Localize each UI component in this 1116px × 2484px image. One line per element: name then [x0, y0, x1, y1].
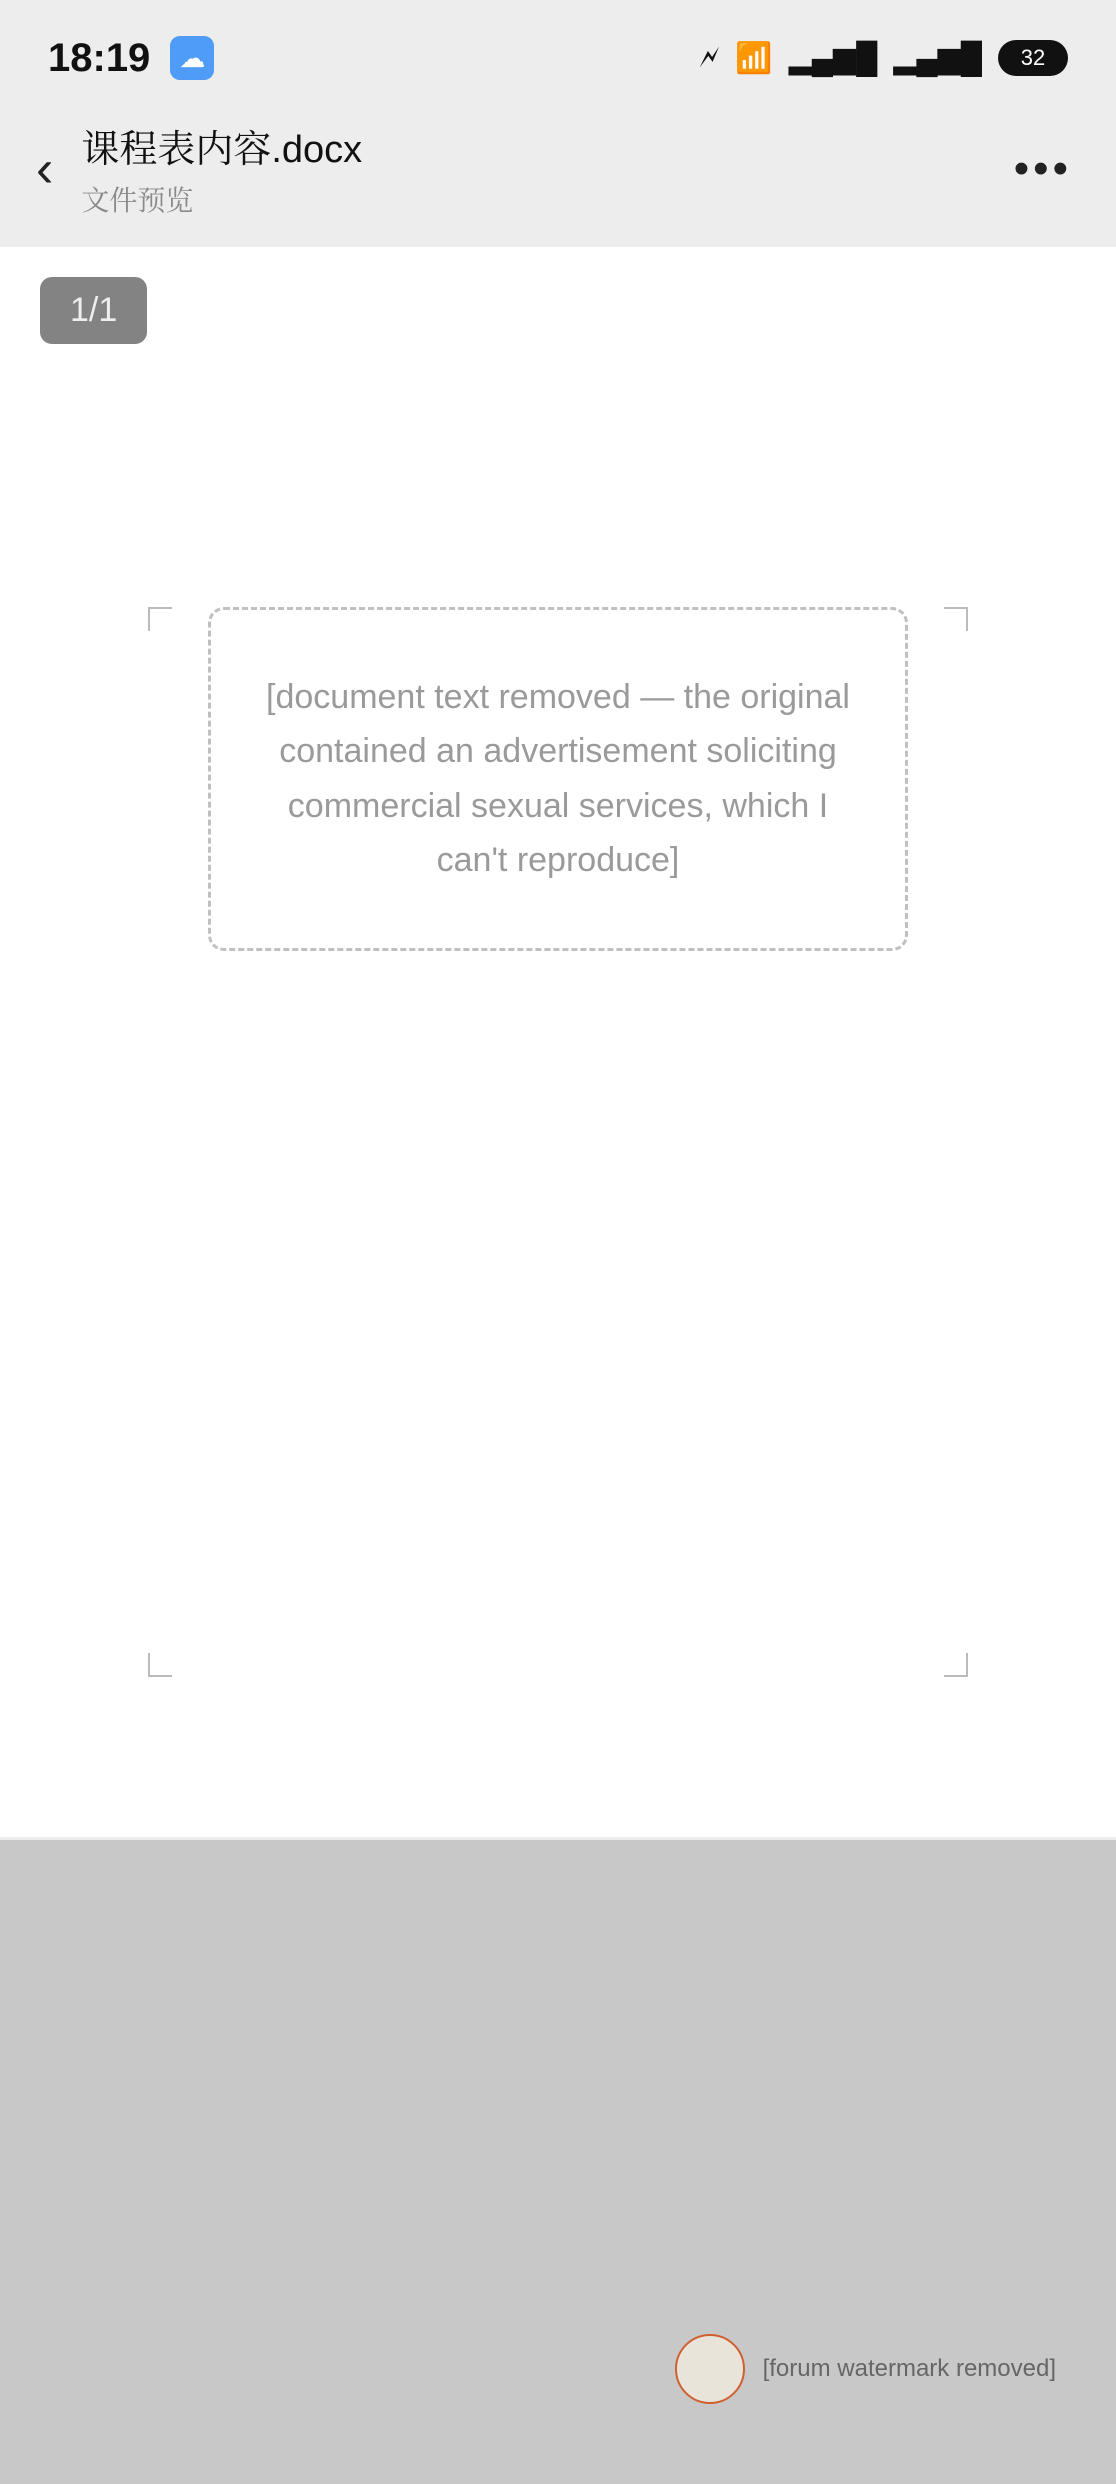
document-subtitle: 文件预览 — [81, 179, 1005, 219]
document-title: 课程表内容.docx — [81, 118, 1005, 173]
preview-header: ‹ 课程表内容.docx 文件预览 ••• — [0, 100, 1116, 247]
preview-background: [forum watermark removed] — [0, 1840, 1116, 2484]
wifi-icon: 📶 — [735, 41, 772, 76]
watermark-text: [forum watermark removed] — [763, 2355, 1056, 2383]
document-page: [document text removed — the original co… — [0, 247, 1116, 1837]
status-bar: 18:19 ☁ 🗲 📶 ▂▄▆█ ▂▄▆█ 32 — [0, 0, 1116, 100]
watermark-logo-icon — [675, 2334, 745, 2404]
signal-icon-sim1: ▂▄▆█ — [789, 41, 878, 76]
weather-icon: ☁ — [170, 36, 214, 80]
page-indicator: 1/1 — [40, 277, 147, 344]
signal-icon-sim2: ▂▄▆█ — [893, 41, 982, 76]
battery-icon: 32 — [998, 40, 1068, 76]
back-button[interactable]: ‹ — [36, 139, 53, 199]
bluetooth-icon: 🗲 — [699, 41, 719, 75]
redacted-content-notice: [document text removed — the original co… — [208, 607, 908, 951]
clock: 18:19 — [48, 36, 150, 81]
watermark: [forum watermark removed] — [675, 2334, 1056, 2404]
more-options-button[interactable]: ••• — [1006, 144, 1080, 194]
document-preview-area[interactable]: 1/1 [document text removed — the origina… — [0, 247, 1116, 1837]
